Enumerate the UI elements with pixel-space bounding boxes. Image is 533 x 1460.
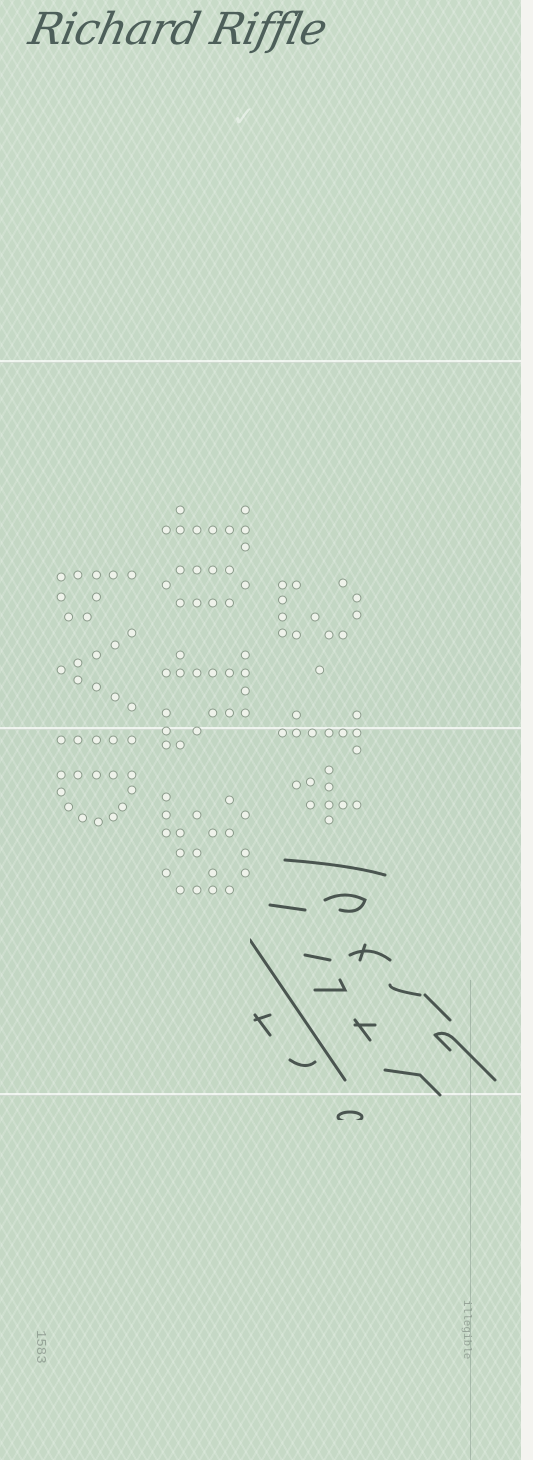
bank-stamp: illegible — [460, 1300, 472, 1359]
endorsement-signature: Richard Riffle — [25, 4, 331, 55]
check-back: Richard Riffle ✓ 1583 illegible — [0, 0, 523, 1460]
handwritten-notation — [250, 790, 520, 1120]
account-number: 1583 — [32, 1330, 48, 1364]
fold-line — [0, 360, 523, 363]
faint-mark: ✓ — [232, 100, 255, 133]
torn-edge — [521, 0, 533, 1460]
